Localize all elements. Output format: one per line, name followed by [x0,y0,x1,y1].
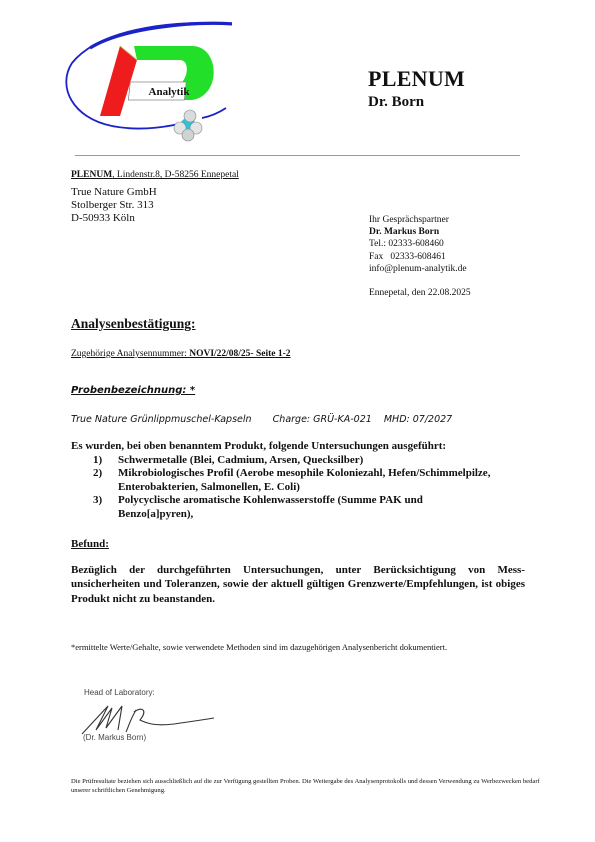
contact-block: Ihr Gesprächspartner Dr. Markus Born Tel… [369,214,471,299]
logo-red-bar [100,46,137,116]
svg-text:Analytik: Analytik [149,86,191,98]
signature-label: Head of Laboratory: [84,688,155,697]
sample-description: True Nature Grünlippmuschel-Kapseln Char… [71,414,452,425]
sender-address: , Lindenstr.8, D-58256 Ennepetal [112,170,239,180]
sender-company: PLENUM [71,170,112,180]
finding-heading: Befund: [71,538,109,550]
tests-section: Es wurden, bei oben benanntem Produkt, f… [71,440,541,522]
recipient-name: True Nature GmbH [71,186,157,199]
plenum-analytik-logo: Analytik [62,18,232,148]
tests-list: 1)Schwermetalle (Blei, Cadmium, Arsen, Q… [71,454,541,522]
sample-heading: Probenbezeichnung: * [71,385,195,396]
signature-name: (Dr. Markus Born) [83,733,146,742]
recipient-street: Stolberger Str. 313 [71,199,157,212]
contact-name: Dr. Markus Born [369,226,471,238]
test-item: 3)Polycyclische aromatische Kohlenwasser… [71,494,541,521]
contact-tel: Tel.: 02333-608460 [369,238,471,250]
tests-intro: Es wurden, bei oben benanntem Produkt, f… [71,440,541,454]
contact-fax: Fax 02333-608461 [369,251,471,263]
analysis-number-line: Zugehörige Analysennummer: NOVI/22/08/25… [71,349,291,359]
finding-text: Bezüglich der durchgeführten Untersuchun… [71,563,525,606]
test-item: 2)Mikrobiologisches Profil (Aerobe mesop… [71,467,541,494]
legal-disclaimer: Die Prüfresultate beziehen sich ausschli… [71,777,541,795]
footnote: *ermittelte Werte/Gehalte, sowie verwend… [71,642,447,652]
sender-line: PLENUM, Lindenstr.8, D-58256 Ennepetal [71,170,239,180]
contact-label: Ihr Gesprächspartner [369,214,471,226]
analysis-number: NOVI/22/08/25- Seite 1-2 [189,349,290,359]
brand-subtitle: Dr. Born [368,94,424,111]
recipient-address: True Nature GmbH Stolberger Str. 313 D-5… [71,186,157,225]
brand-name: PLENUM [368,66,465,92]
molecule-icon [174,110,202,141]
analysis-number-label: Zugehörige Analysennummer: [71,349,189,359]
test-item: 1)Schwermetalle (Blei, Cadmium, Arsen, Q… [71,454,541,468]
letter-date: Ennepetal, den 22.08.2025 [369,287,471,299]
recipient-city: D-50933 Köln [71,212,157,225]
document-title: Analysenbestätigung: [71,316,196,332]
contact-email[interactable]: info@plenum-analytik.de [369,263,471,275]
header-divider [75,155,520,156]
